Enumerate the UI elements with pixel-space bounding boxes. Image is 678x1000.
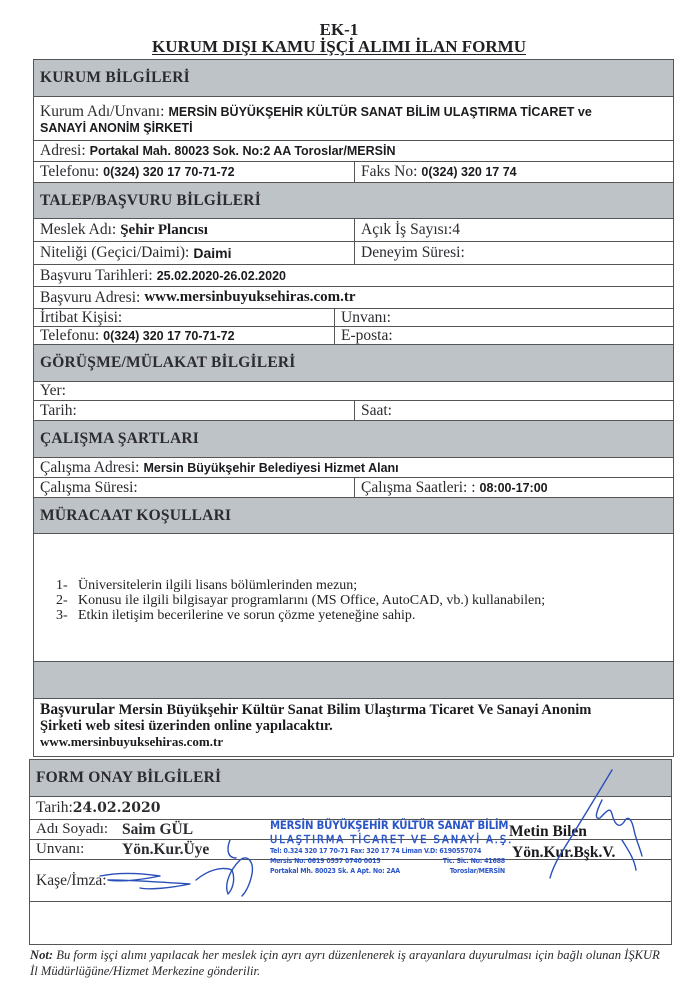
approval-date-value: 24.02.2020: [73, 800, 161, 816]
row-conditions: 1-Üniversitelerin ilgili lisans bölümler…: [34, 534, 673, 662]
stamp-tel: Tel: 0.324 320 17 70-71 Fax: 320 17 74 L…: [270, 848, 505, 855]
announcement-text: Başvurular Mersin Büyükşehir Kültür Sana…: [34, 699, 597, 756]
phone-label: Telefonu:: [40, 163, 99, 181]
section-header-muracaat: MÜRACAAT KOŞULLARI: [34, 498, 673, 534]
stamp-mersis-row: Mersis No: 0619 0557 0740 0015Tic. Sic. …: [270, 858, 505, 865]
stamp-tic-sic: Tic. Sic. No: 41688: [443, 858, 505, 865]
row-contact: İrtibat Kişisi: Unvanı:: [34, 309, 673, 327]
condition-item: 1-Üniversitelerin ilgili lisans bölümler…: [56, 578, 545, 593]
section-header-calisma: ÇALIŞMA ŞARTLARI: [34, 421, 673, 458]
nature-value: Daimi: [193, 245, 231, 261]
condition-text: Etkin iletişim becerilerine ve sorun çöz…: [78, 608, 415, 623]
work-hours-label: Çalışma Saatleri: :: [361, 479, 476, 497]
row-institution-name: Kurum Adı/Unvanı:MERSİN BÜYÜKŞEHİR KÜLTÜ…: [34, 97, 673, 141]
profession-value: Şehir Plancısı: [120, 222, 208, 239]
row-place: Yer:: [34, 382, 673, 401]
contact-phone-value: 0(324) 320 17 70-71-72: [103, 329, 234, 343]
conditions-list: 1-Üniversitelerin ilgili lisans bölümler…: [34, 534, 545, 661]
section-title: GÖRÜŞME/MÜLAKAT BİLGİLERİ: [40, 354, 295, 372]
stamp-line1: MERSİN BÜYÜKŞEHİR KÜLTÜR SANAT BİLİM: [270, 820, 560, 831]
section-title: KURUM BİLGİLERİ: [40, 69, 190, 87]
row-approval-date: Tarih:24.02.2020: [30, 797, 671, 820]
interview-time-label: Saat:: [361, 402, 392, 420]
approver-name-value: Saim GÜL: [122, 821, 193, 839]
section-header-talep: TALEP/BAŞVURU BİLGİLERİ: [34, 183, 673, 219]
row-announcement: Başvurular Mersin Büyükşehir Kültür Sana…: [34, 699, 673, 757]
stamp-mersis: Mersis No: 0619 0557 0740 0015: [270, 858, 381, 865]
experience-label: Deneyim Süresi:: [361, 244, 465, 262]
row-date-time: Tarih: Saat:: [34, 401, 673, 421]
section-title: ÇALIŞMA ŞARTLARI: [40, 430, 199, 448]
openings-label: Açık İş Sayısı:: [361, 221, 452, 239]
blank-gray-band: [34, 662, 673, 699]
condition-number: 2-: [56, 593, 78, 608]
announcement-line1: Mersin Büyükşehir Kültür Sanat Bilim Ula…: [119, 702, 592, 718]
address-value: Portakal Mah. 80023 Sok. No:2 AA Torosla…: [90, 144, 396, 158]
company-stamp: MERSİN BÜYÜKŞEHİR KÜLTÜR SANAT BİLİM ULA…: [270, 820, 560, 875]
apply-address-link[interactable]: www.mersinbuyuksehiras.com.tr: [144, 289, 355, 306]
condition-number: 3-: [56, 608, 78, 623]
work-address-label: Çalışma Adresi:: [40, 459, 139, 477]
row-address: Adresi:Portakal Mah. 80023 Sok. No:2 AA …: [34, 141, 673, 162]
approver-title-label: Unvanı:: [36, 841, 122, 858]
work-hours-value: 08:00-17:00: [480, 481, 548, 495]
place-label: Yer:: [40, 382, 66, 400]
section-header-gorusme: GÖRÜŞME/MÜLAKAT BİLGİLERİ: [34, 345, 673, 382]
condition-number: 1-: [56, 578, 78, 593]
condition-text: Konusu ile ilgili bilgisayar programları…: [78, 593, 545, 608]
profession-label: Meslek Adı:: [40, 221, 116, 239]
announcement-url[interactable]: www.mersinbuyuksehiras.com.tr: [40, 734, 591, 750]
apply-dates-value: 25.02.2020-26.02.2020: [157, 269, 286, 283]
contact-label: İrtibat Kişisi:: [40, 309, 122, 327]
address-label: Adresi:: [40, 142, 86, 160]
approval-date-label: Tarih:: [36, 799, 73, 817]
section-title: TALEP/BAŞVURU BİLGİLERİ: [40, 192, 261, 210]
section-title: MÜRACAAT KOŞULLARI: [40, 507, 231, 525]
row-apply-address: Başvuru Adresi:www.mersinbuyuksehiras.co…: [34, 287, 673, 309]
approver-title-value: Yön.Kur.Üye: [122, 841, 209, 859]
row-phone-fax: Telefonu:0(324) 320 17 70-71-72 Faks No:…: [34, 162, 673, 183]
condition-item: 3-Etkin iletişim becerilerine ve sorun ç…: [56, 608, 545, 623]
condition-text: Üniversitelerin ilgili lisans bölümlerin…: [78, 578, 357, 593]
institution-name-value-2: SANAYİ ANONİM ŞİRKETİ: [40, 121, 193, 135]
condition-item: 2-Konusu ile ilgili bilgisayar programla…: [56, 593, 545, 608]
section-header-onay: FORM ONAY BİLGİLERİ: [30, 759, 671, 797]
row-apply-dates: Başvuru Tarihleri:25.02.2020-26.02.2020: [34, 265, 673, 287]
approver-name-label: Adı Soyadı:: [36, 821, 122, 838]
contact-title-label: Unvanı:: [341, 309, 391, 327]
row-nature: Niteliği (Geçici/Daimi):Daimi Deneyim Sü…: [34, 242, 673, 265]
note-label: Not:: [30, 948, 53, 962]
footnote: Not: Bu form işçi alımı yapılacak her me…: [30, 947, 670, 979]
announcement-line2: Şirketi web sitesi üzerinden online yapı…: [40, 718, 591, 734]
fax-label: Faks No:: [361, 163, 417, 181]
stamp-line2: ULAŞTIRMA TİCARET VE SANAYİ A.Ş.: [270, 834, 560, 845]
email-label: E-posta:: [341, 327, 393, 345]
announcement-lead: Başvurular: [40, 701, 115, 718]
interview-date-label: Tarih:: [40, 402, 77, 420]
section-header-kurum: KURUM BİLGİLERİ: [34, 60, 673, 97]
work-duration-label: Çalışma Süresi:: [40, 479, 138, 497]
nature-label: Niteliği (Geçici/Daimi):: [40, 244, 189, 262]
seal-signature-label: Kaşe/İmza:: [36, 872, 107, 890]
row-work-address: Çalışma Adresi:Mersin Büyükşehir Belediy…: [34, 458, 673, 478]
blank-row: [30, 902, 671, 944]
stamp-city: Toroslar/MERSİN: [450, 868, 505, 875]
institution-name-label: Kurum Adı/Unvanı:: [40, 103, 164, 120]
work-address-value: Mersin Büyükşehir Belediyesi Hizmet Alan…: [143, 461, 398, 475]
note-text: Bu form işçi alımı yapılacak her meslek …: [30, 948, 660, 978]
row-contact-phone: Telefonu:0(324) 320 17 70-71-72 E-posta:: [34, 327, 673, 345]
stamp-address-row: Portakal Mh. 80023 Sk. A Apt. No: 2AATor…: [270, 868, 505, 875]
phone-value: 0(324) 320 17 70-71-72: [103, 165, 234, 179]
announcement-form: KURUM BİLGİLERİ Kurum Adı/Unvanı:MERSİN …: [33, 59, 674, 757]
section-title: FORM ONAY BİLGİLERİ: [36, 769, 221, 787]
institution-name-value: MERSİN BÜYÜKŞEHİR KÜLTÜR SANAT BİLİM ULA…: [168, 105, 591, 119]
form-title: KURUM DIŞI KAMU İŞÇİ ALIMI İLAN FORMU: [0, 37, 678, 57]
fax-value: 0(324) 320 17 74: [421, 165, 516, 179]
stamp-address: Portakal Mh. 80023 Sk. A Apt. No: 2AA: [270, 868, 400, 875]
openings-value: 4: [452, 221, 460, 239]
contact-phone-label: Telefonu:: [40, 327, 99, 345]
apply-address-label: Başvuru Adresi:: [40, 289, 140, 307]
stamp-tel-text: Tel: 0.324 320 17 70-71 Fax: 320 17 74 L…: [270, 848, 481, 855]
apply-dates-label: Başvuru Tarihleri:: [40, 267, 153, 285]
row-work-duration-hours: Çalışma Süresi: Çalışma Saatleri: :08:00…: [34, 478, 673, 498]
row-profession: Meslek Adı:Şehir Plancısı Açık İş Sayısı…: [34, 219, 673, 242]
